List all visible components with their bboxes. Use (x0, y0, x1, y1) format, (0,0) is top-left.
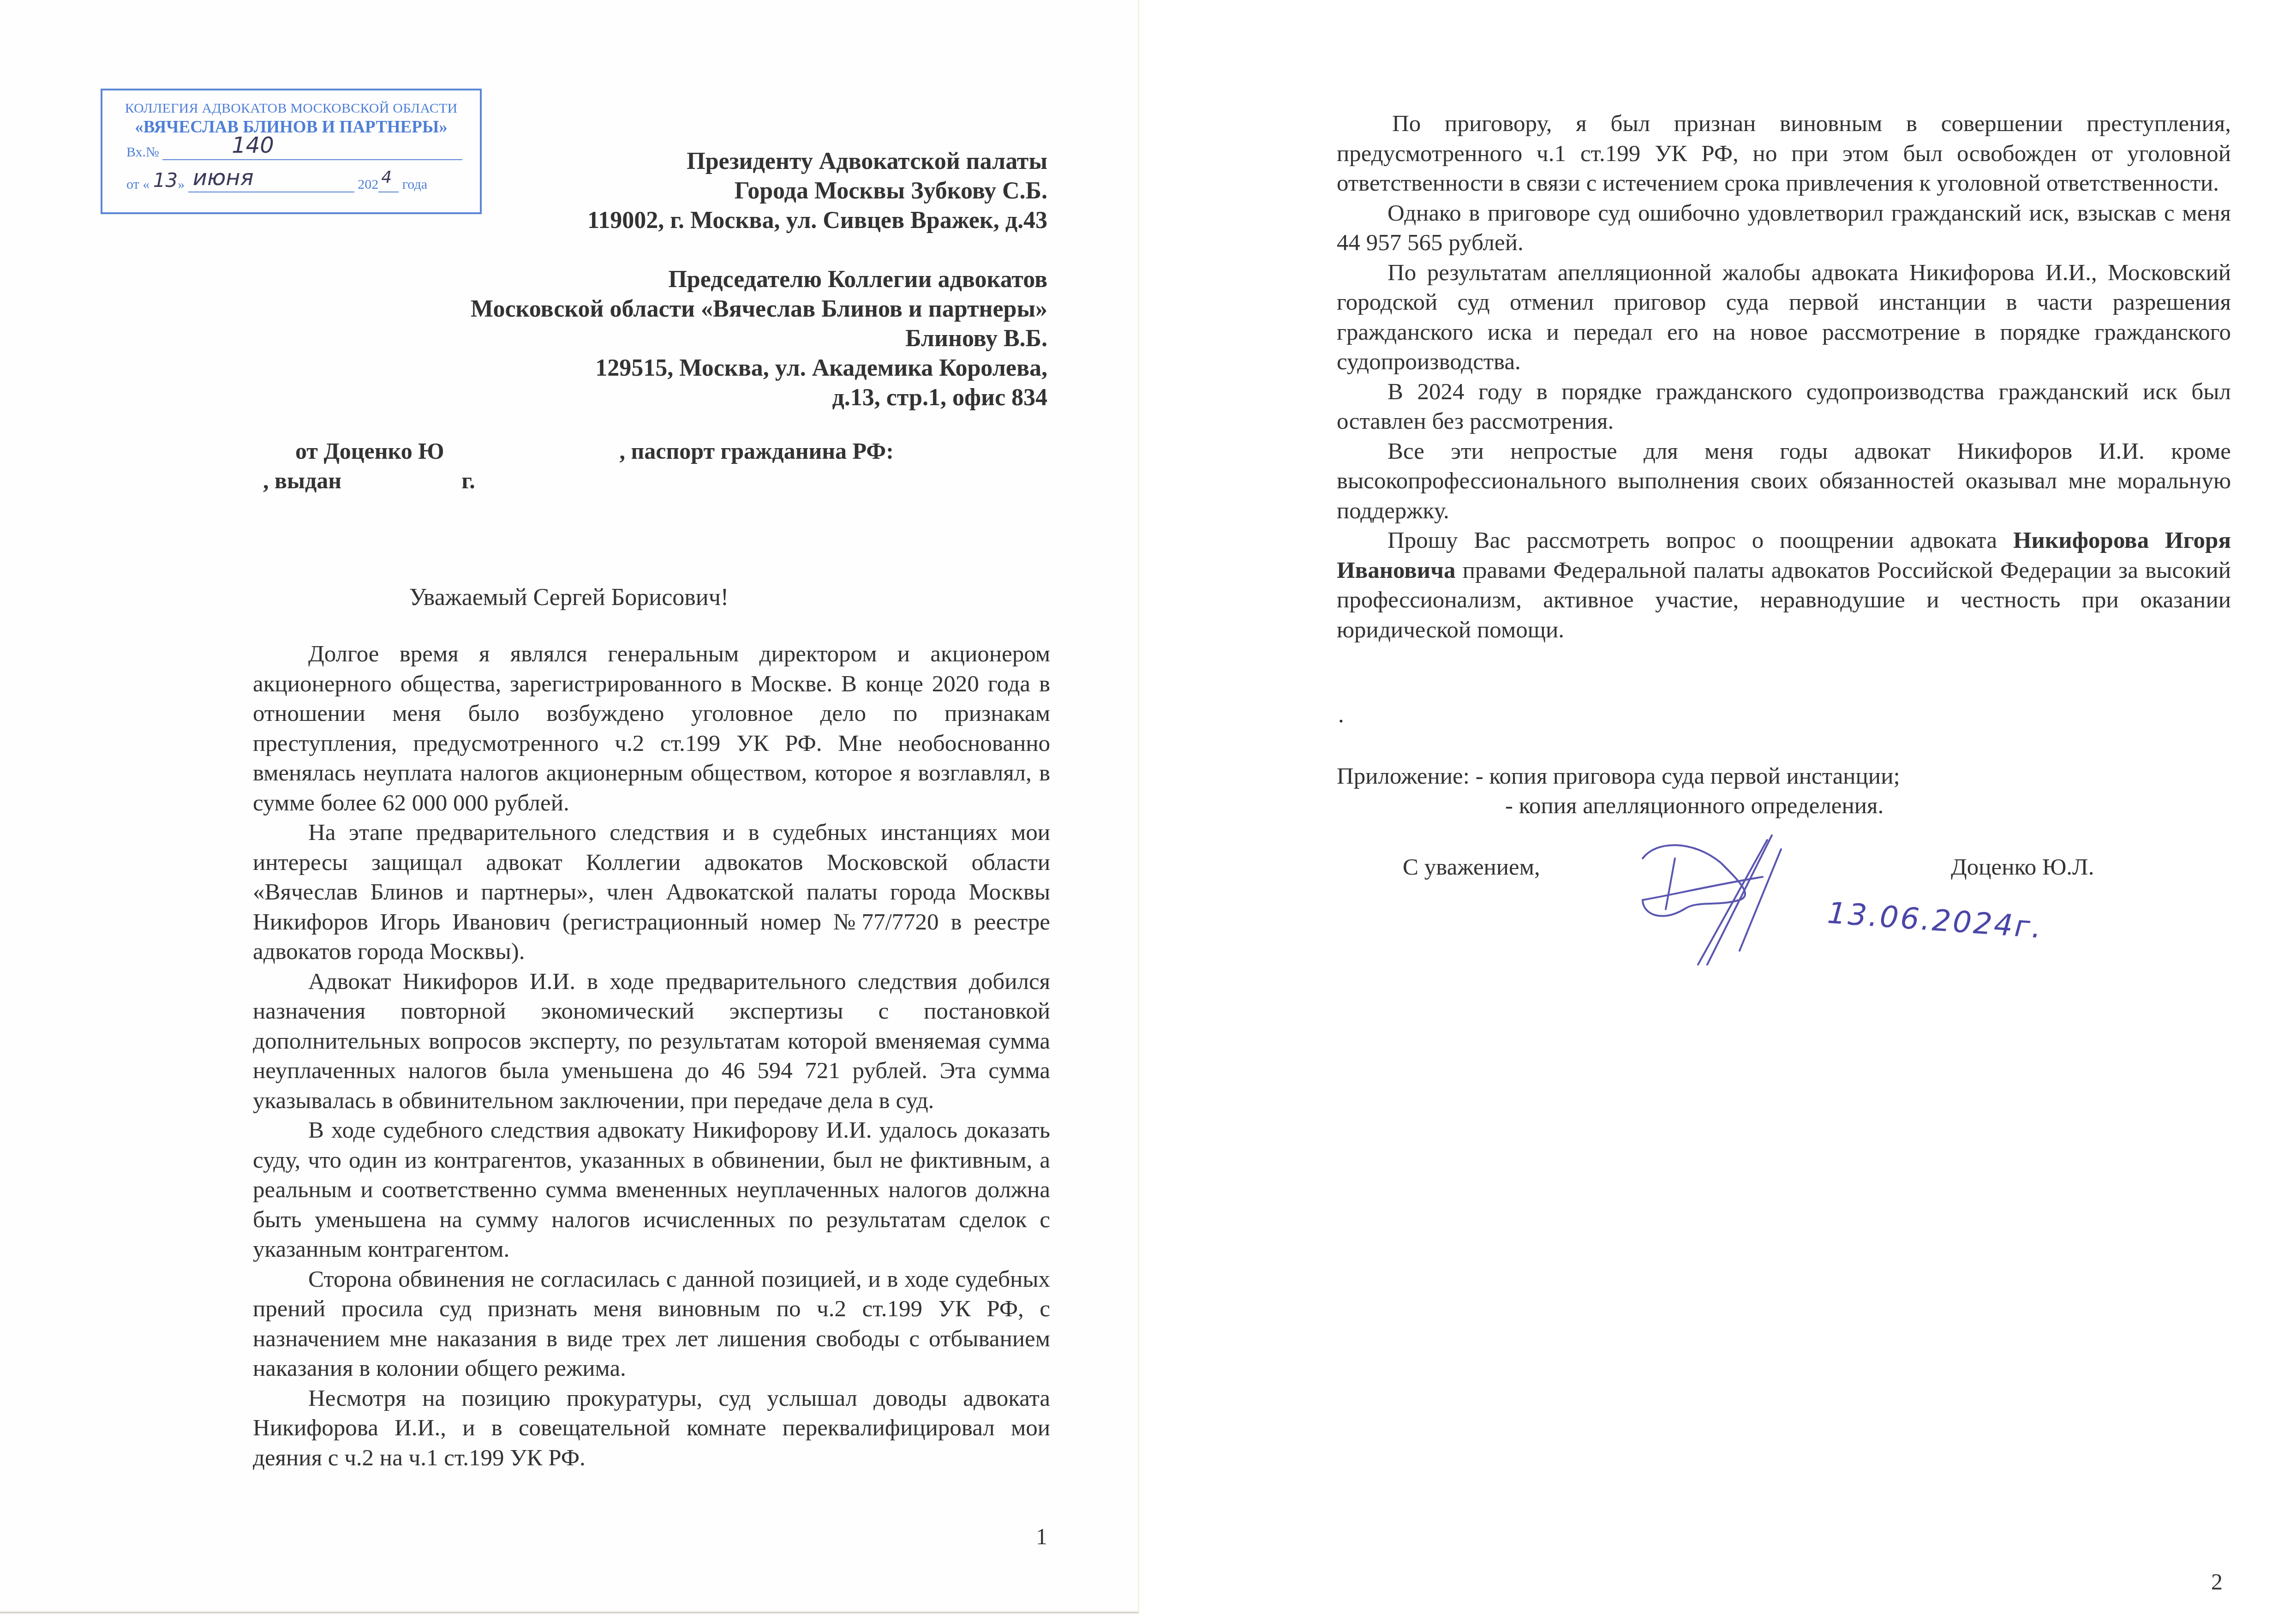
addressee-line: Города Москвы Зубкову С.Б. (471, 176, 1047, 206)
attachments-block: Приложение: - копия приговора суда перво… (1337, 762, 1900, 821)
addressee-line: д.13, стр.1, офис 834 (471, 383, 1047, 413)
addressee-line: Президенту Адвокатской палаты (471, 147, 1047, 176)
stamp-incoming-label: Вх.№ (126, 144, 159, 160)
addressee-line: 129515, Москва, ул. Академика Королева, (471, 354, 1047, 383)
stamp-date-month: июня (193, 165, 254, 191)
request-paragraph: Прошу Вас рассмотреть вопрос о поощрении… (1337, 526, 2231, 645)
signer-name: Доценко Ю.Л. (1951, 854, 2094, 881)
paragraph: По результатам апелляционной жалобы адво… (1337, 258, 2231, 377)
letter-page-1: КОЛЛЕГИЯ АДВОКАТОВ МОСКОВСКОЙ ОБЛАСТИ «В… (0, 0, 1139, 1613)
incoming-registration-stamp: КОЛЛЕГИЯ АДВОКАТОВ МОСКОВСКОЙ ОБЛАСТИ «В… (101, 89, 482, 214)
stamp-incoming-number: 140 (232, 132, 274, 158)
attachment-item: - копия апелляционного определения. (1337, 791, 1900, 821)
paragraph: Несмотря на позицию прокуратуры, суд усл… (253, 1384, 1050, 1473)
paragraph: В 2024 году в порядке гражданского судоп… (1337, 377, 2231, 437)
salutation: Уважаемый Сергей Борисович! (0, 584, 1138, 611)
paragraph: Адвокат Никифоров И.И. в ходе предварите… (253, 967, 1050, 1116)
letter-body-page-1: Долгое время я являлся генеральным дирек… (253, 639, 1050, 1473)
letter-body-page-2: По приговору, я был признан виновным в с… (1337, 109, 2231, 645)
paragraph: Сторона обвинения не согласилась с данно… (253, 1265, 1050, 1384)
paragraph: По приговору, я был признан виновным в с… (1337, 109, 2231, 198)
stray-dot: . (1338, 702, 1344, 728)
closing-phrase: С уважением, (1403, 854, 1540, 881)
stamp-year-digit: 4 (381, 168, 392, 187)
paragraph: Долгое время я являлся генеральным дирек… (253, 639, 1050, 818)
addressee-block: Президенту Адвокатской палаты Города Мос… (471, 147, 1047, 413)
paragraph: В ходе судебного следствия адвокату Ники… (253, 1115, 1050, 1265)
page-number: 1 (1036, 1523, 1047, 1550)
sender-line-1: от Доценко Ю, паспорт гражданина РФ: (295, 438, 894, 464)
addressee-line: Московской области «Вячеслав Блинов и па… (471, 294, 1047, 324)
paragraph: На этапе предварительного следствия и в … (253, 818, 1050, 967)
stamp-org-line2: «ВЯЧЕСЛАВ БЛИНОВ И ПАРТНЕРЫ» (107, 117, 475, 137)
stamp-date-day: 13 (153, 169, 178, 192)
attachment-item: - копия приговора суда первой инстанции; (1476, 763, 1900, 789)
addressee-line: 119002, г. Москва, ул. Сивцев Вражек, д.… (471, 206, 1047, 235)
sender-line-2: , выданг. (245, 467, 475, 494)
addressee-line: Блинову В.Б. (471, 324, 1047, 354)
paragraph: Однако в приговоре суд ошибочно удовлетв… (1337, 198, 2231, 258)
attachments-label: Приложение: (1337, 763, 1470, 789)
page-number: 2 (2211, 1568, 2223, 1595)
paragraph: Все эти непростые для меня годы адвокат … (1337, 437, 2231, 526)
addressee-line: Председателю Коллегии адвокатов (471, 265, 1047, 294)
stamp-incoming-row: Вх.№ 140 (126, 144, 462, 160)
stamp-date-row: от « 13 » июня 2024 года (126, 176, 427, 192)
stamp-org-line1: КОЛЛЕГИЯ АДВОКАТОВ МОСКОВСКОЙ ОБЛАСТИ (109, 101, 473, 116)
